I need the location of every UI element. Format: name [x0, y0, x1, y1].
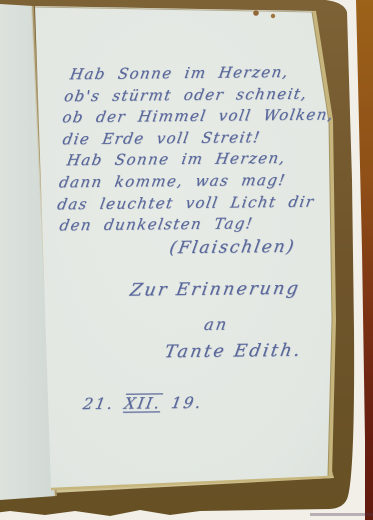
book-illustration	[0, 0, 373, 520]
album-page-photo: Hab Sonne im Herzen, ob's stürmt oder sc…	[0, 0, 373, 520]
foxing-spot	[253, 10, 259, 16]
album-page	[35, 6, 334, 489]
foxing-spot	[271, 14, 275, 18]
table-edge-line	[310, 513, 373, 516]
